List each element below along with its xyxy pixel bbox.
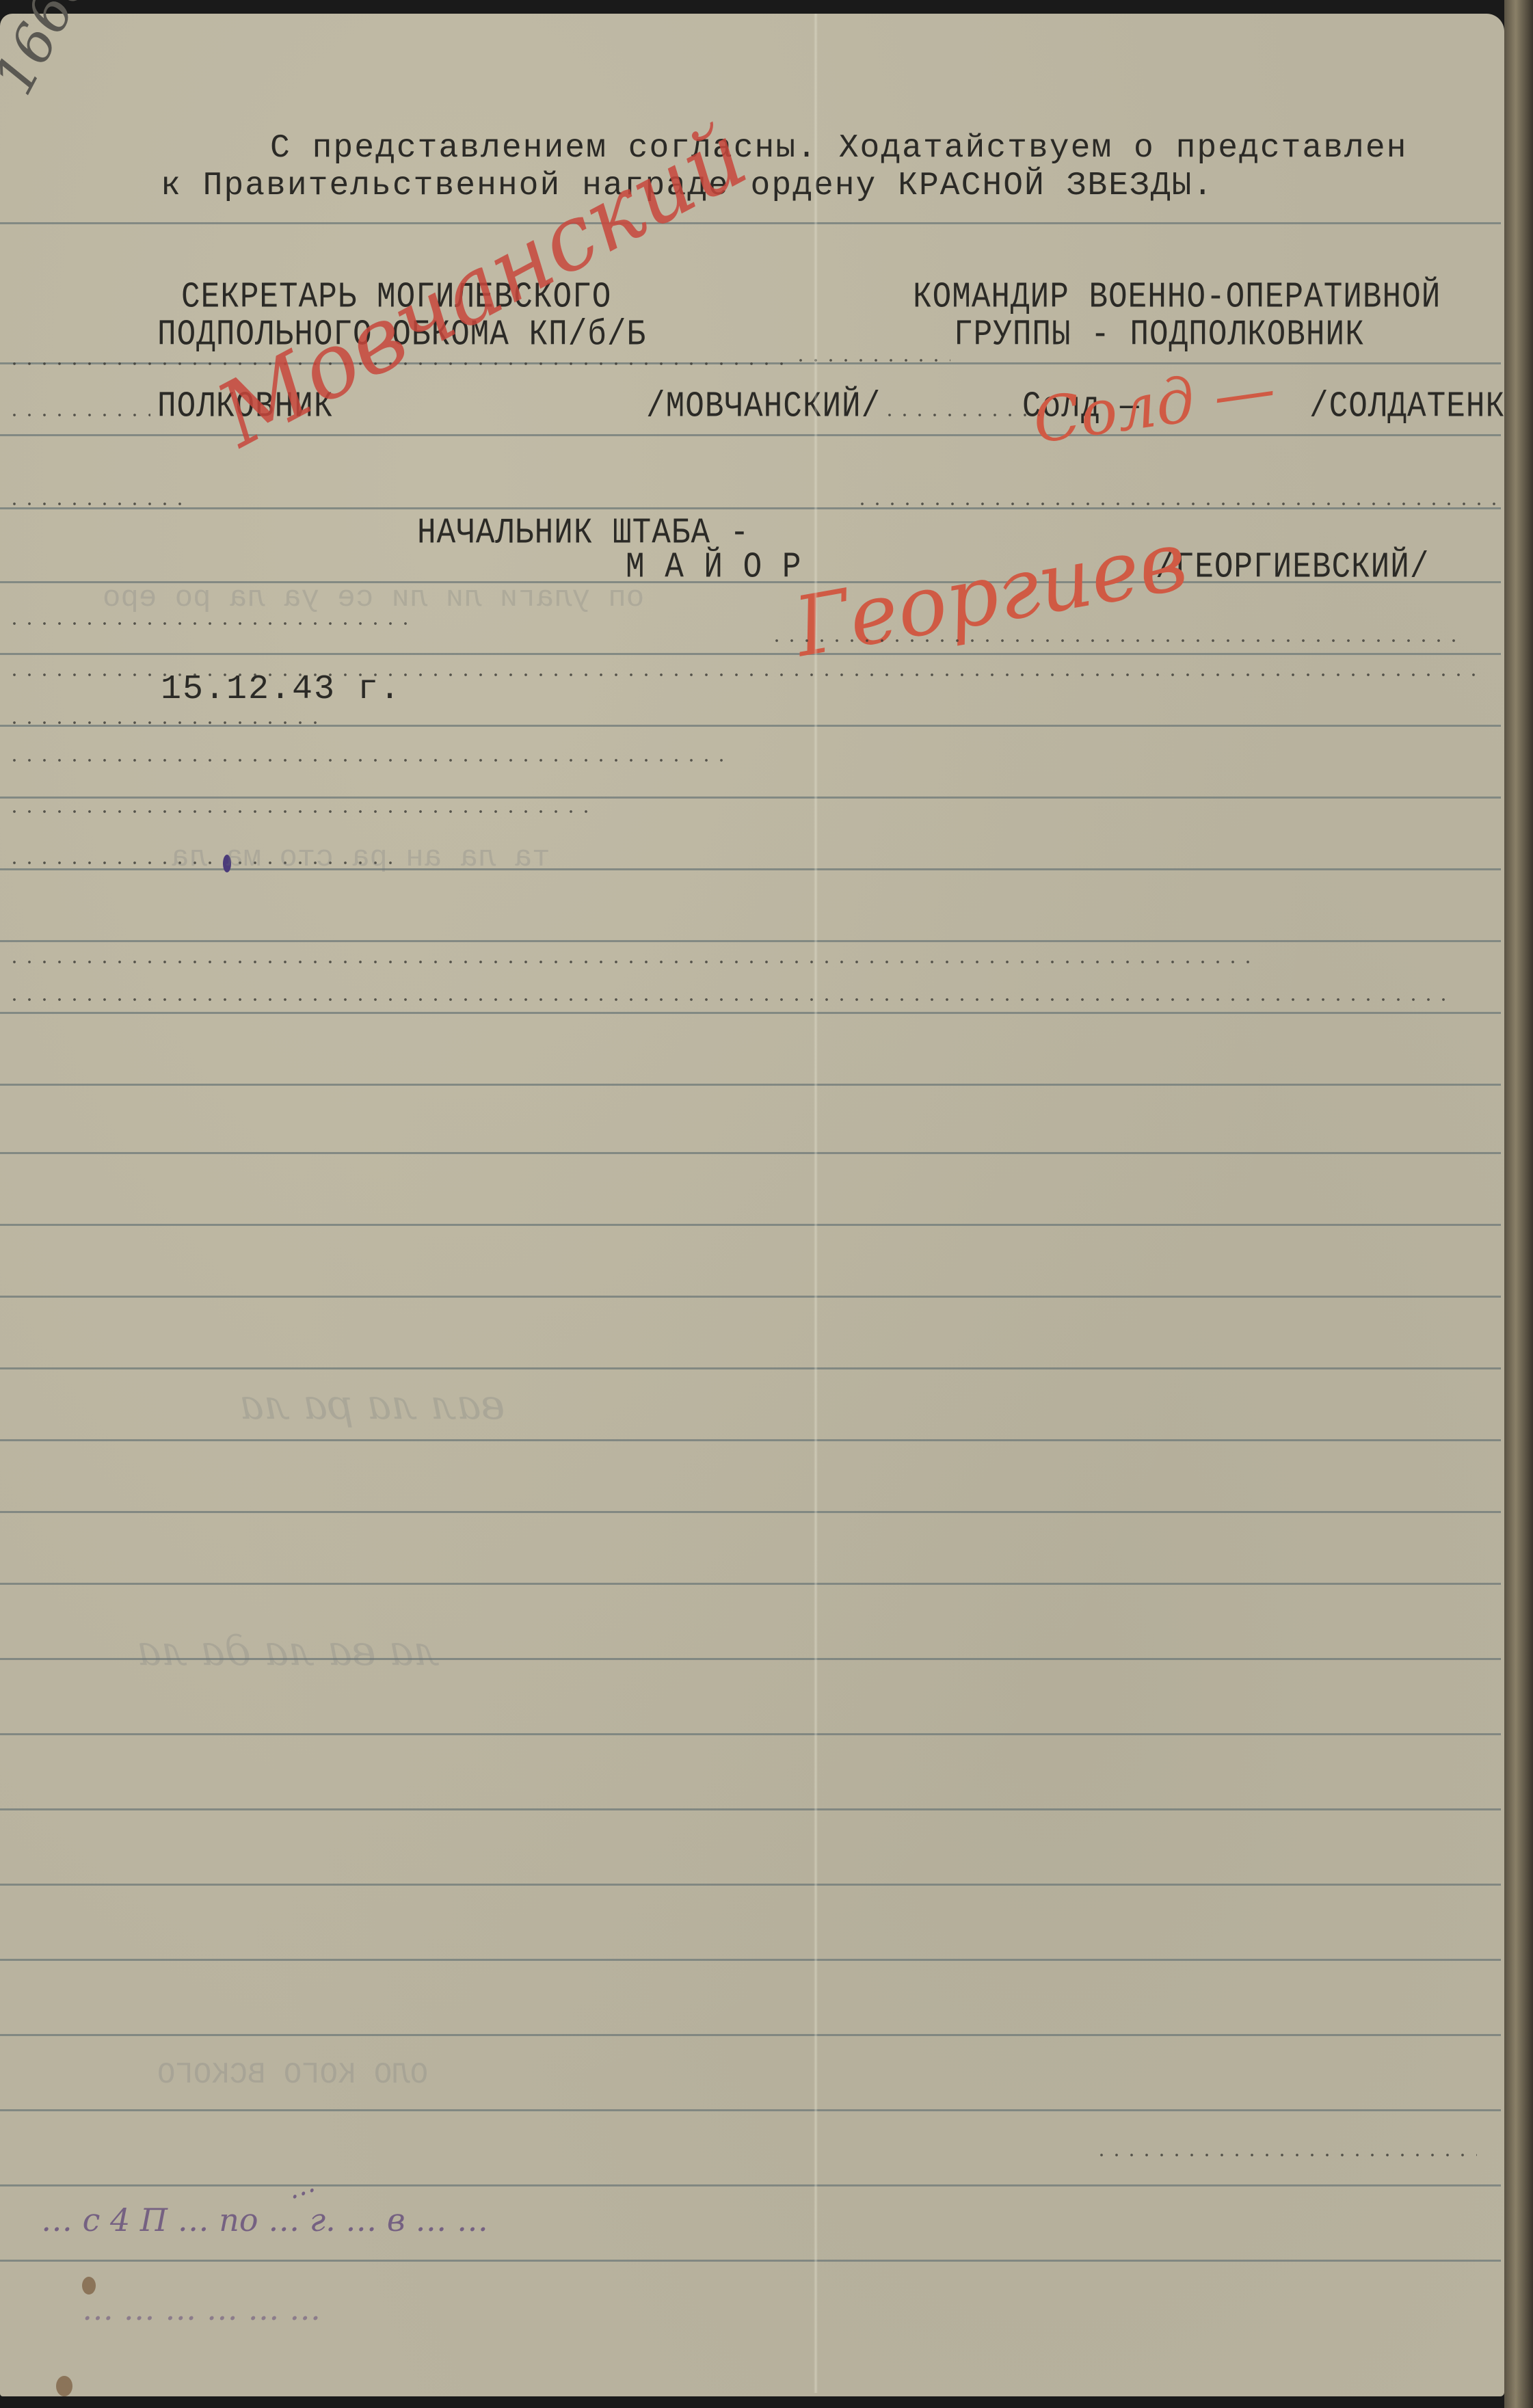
ruled-line	[0, 1808, 1501, 1810]
dotted-line	[1094, 2154, 1477, 2156]
left-signatory-name: /МОВЧАНСКИЙ/	[646, 386, 881, 427]
paper-stain	[56, 2376, 72, 2396]
dotted-line	[882, 414, 1039, 416]
dotted-line	[7, 998, 1456, 1001]
ruled-line	[0, 1367, 1501, 1369]
ruled-line	[0, 2260, 1501, 2262]
bleed-through-text: вал ла ра ла	[239, 1381, 505, 1429]
bleed-through-text: та ла ан ра сто ма ла	[171, 841, 550, 875]
chief-of-staff-name: /ГЕОРГИЕВСКИЙ/	[1156, 547, 1429, 588]
document-page: 166об С представлением согласны. Ходатай…	[0, 14, 1504, 2396]
ruled-line	[0, 653, 1501, 655]
handwritten-note-line-2: … … … … … …	[82, 2290, 321, 2327]
right-signatory-title-1: КОМАНДИР ВОЕННО-ОПЕРАТИВНОЙ	[913, 277, 1441, 318]
handwritten-margin-note: …	[282, 2167, 319, 2206]
ruled-line	[0, 1296, 1501, 1298]
dotted-line	[855, 503, 1504, 505]
dotted-line	[7, 721, 328, 724]
ruled-line	[0, 1084, 1501, 1086]
paper-fold	[814, 14, 818, 2393]
dotted-line	[7, 759, 732, 762]
paper-stain	[82, 2277, 96, 2295]
dotted-line	[7, 961, 1258, 963]
ruled-line	[0, 797, 1501, 799]
right-signatory-signature-mark: Солд —	[1028, 353, 1279, 458]
ruled-line	[0, 725, 1501, 727]
dotted-line	[7, 503, 185, 505]
ruled-line	[0, 2184, 1501, 2186]
folio-number: 166об	[0, 0, 118, 105]
bleed-through-text: оп улаги ли ли се уа ла ро еро	[103, 581, 644, 615]
ruled-line	[0, 1152, 1501, 1154]
ruled-line	[0, 222, 1501, 224]
ruled-line	[0, 1511, 1501, 1513]
endorsement-line-1: С представлением согласны. Ходатайствуем…	[270, 130, 1407, 167]
ruled-line	[0, 1224, 1501, 1226]
chief-of-staff-signature: Георгиев	[788, 513, 1194, 675]
ruled-line	[0, 1012, 1501, 1014]
right-signatory-title-2: ГРУППЫ - ПОДПОЛКОВНИК	[954, 315, 1365, 356]
dotted-line	[7, 414, 150, 416]
ruled-line	[0, 1583, 1501, 1585]
right-signatory-name: /СОЛДАТЕНКО	[1309, 386, 1525, 427]
ruled-line	[0, 1884, 1501, 1886]
ruled-line	[0, 1439, 1501, 1441]
chief-of-staff-rank: М А Й О Р	[626, 547, 801, 588]
dotted-line	[7, 810, 588, 813]
ruled-line	[0, 2109, 1501, 2111]
ruled-line	[0, 434, 1501, 436]
ruled-line	[0, 1733, 1501, 1735]
handwritten-note-line-1: … с 4 П … по … г. … в … …	[41, 2202, 488, 2238]
bleed-through-text: ла ва ла да ла	[137, 1627, 440, 1675]
binding-edge	[1504, 0, 1533, 2408]
document-date: 15.12.43 г.	[161, 670, 401, 709]
ruled-line	[0, 2034, 1501, 2036]
bleed-through-text: ОЛО КОГО ВСКОГО	[157, 2058, 428, 2092]
ruled-line	[0, 940, 1501, 942]
ruled-line	[0, 507, 1501, 509]
dotted-line	[769, 639, 1467, 642]
dotted-line	[7, 622, 417, 625]
ruled-line	[0, 1959, 1501, 1961]
